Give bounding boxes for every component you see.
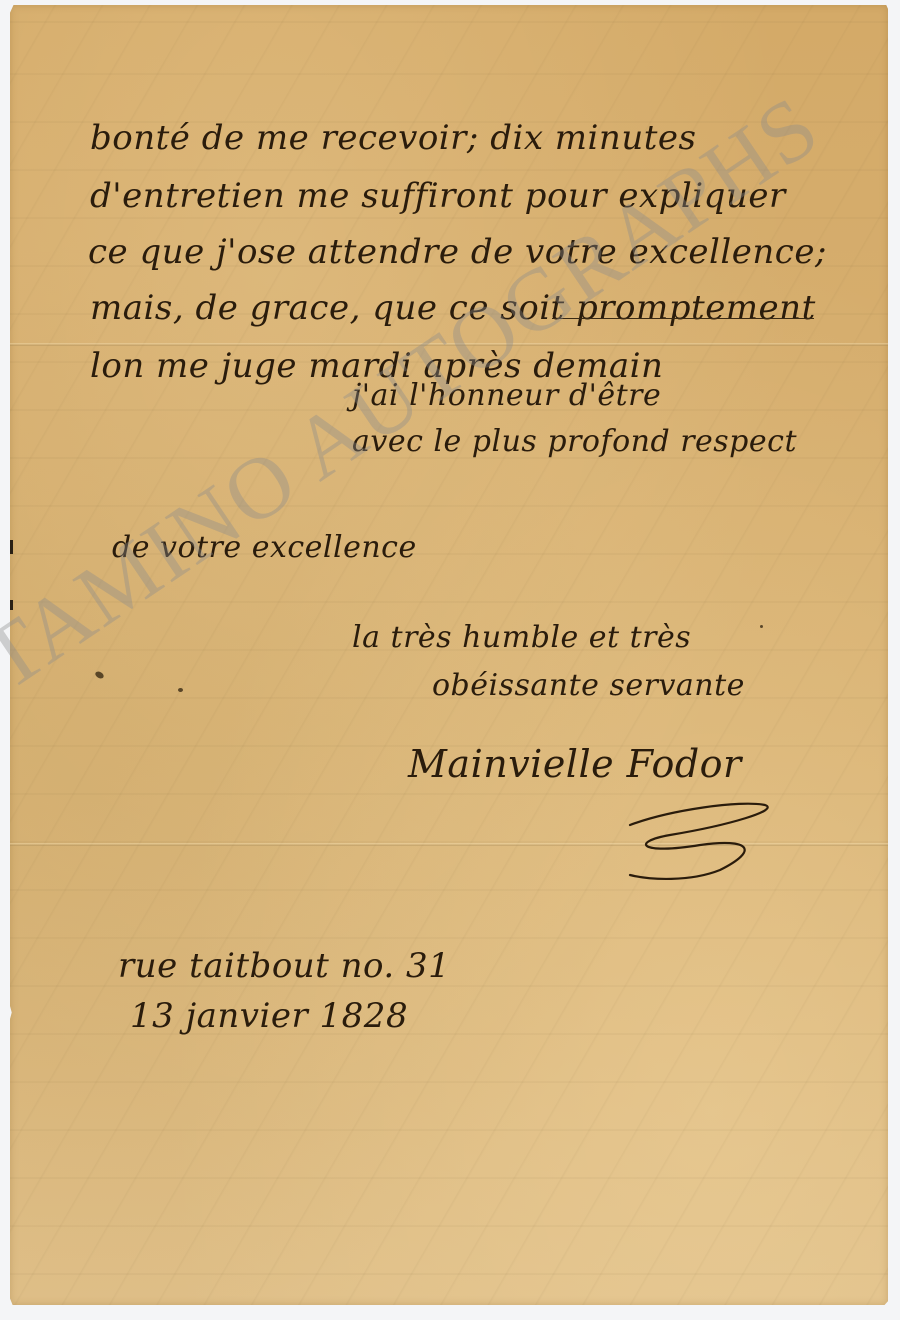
closing-line-1: j'ai l'honneur d'être: [352, 378, 661, 413]
signature-flourish: [610, 780, 810, 890]
letter-line-3: ce que j'ose attendre de votre excellenc…: [88, 232, 827, 272]
date: 13 janvier 1828: [130, 996, 408, 1036]
ink-speck: [760, 625, 763, 628]
closing-line-2: avec le plus profond respect: [352, 424, 797, 459]
closing-line-4: la très humble et très: [352, 620, 691, 655]
letter-line-4: mais, de grace, que ce soit promptement: [90, 288, 816, 328]
address: rue taitbout no. 31: [118, 946, 450, 986]
ink-speck: [178, 688, 183, 692]
underline-apres-demain: [552, 318, 814, 319]
closing-line-5: obéissante servante: [432, 668, 745, 703]
letter-line-1: bonté de me recevoir; dix minutes: [90, 118, 696, 158]
edge-mark: [10, 600, 13, 610]
edge-mark: [10, 540, 13, 554]
closing-line-3: de votre excellence: [112, 530, 417, 565]
letter-line-2: d'entretien me suffiront pour expliquer: [90, 176, 786, 216]
